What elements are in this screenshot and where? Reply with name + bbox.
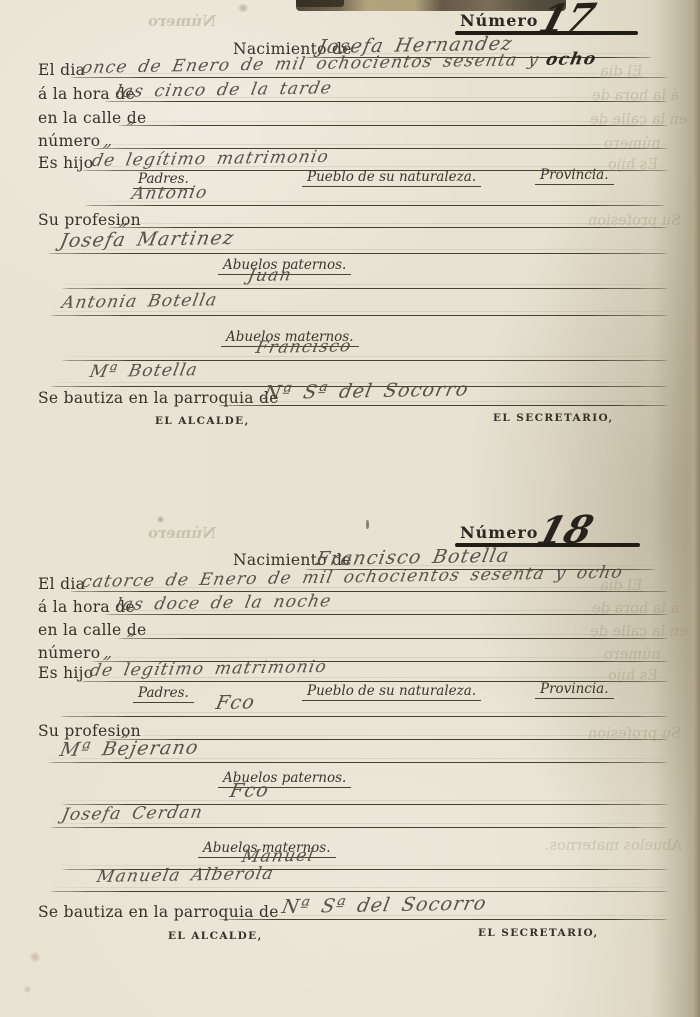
rule-line [105,101,668,102]
numero-calle-label: número [38,132,100,150]
rule-line [50,827,668,828]
padres-header: Padres. [133,685,194,703]
provincia-header: Provincia. [535,681,614,699]
maternal-grandmother: Mª Botella [88,360,200,382]
mother-name: Josefa Martinez [58,227,236,252]
rule-line [118,638,668,639]
rule-line [48,762,668,763]
alcalde-label: EL ALCALDE, [155,415,250,427]
secretario-label: EL SECRETARIO, [478,927,599,939]
rule-line [70,591,668,592]
paternal-grandmother: Antonia Botella [60,290,219,313]
birth-time: las cinco de la tarde [114,78,334,102]
father-name: Fco [214,691,257,714]
register-page: Número El dia á la hora de en la calle d… [0,0,700,1017]
dia-label: El dia [38,575,85,593]
stain [24,985,31,994]
rule-line [118,125,668,126]
rule-line [48,253,668,254]
tape-residue-dark-patch [296,0,344,7]
ghost-text: Número [147,12,217,30]
stain [30,950,40,964]
rule-line [50,891,668,892]
secretario-label: EL SECRETARIO, [493,412,614,424]
dia-label: El dia [38,61,85,79]
parish-name: Nª Sª del Socorro [262,378,471,404]
paternal-grandmother: Josefa Cerdan [60,803,205,825]
rule-line [62,288,668,289]
legitimacy: de legítimo matrimonio [88,657,329,681]
pueblo-header: Pueblo de su naturaleza. [302,169,481,187]
provincia-header: Provincia. [535,167,614,185]
birth-time: las doce de la noche [114,591,334,615]
father-name: Antonio [130,183,209,204]
maternal-grandmother: Manuela Alberola [95,864,276,887]
numero-calle-label: número [38,644,100,662]
rule-line [218,405,668,406]
es-hijo-label: Es hijo [38,664,93,682]
paternal-grandfather: Juan [246,265,294,286]
ghost-text: número [603,136,661,152]
legitimacy: de legítimo matrimonio [90,147,331,171]
mother-name: Mª Bejerano [58,737,201,761]
stain [156,516,165,523]
paternal-grandfather: Fco [228,779,271,802]
stain [366,520,369,529]
rule-line [50,315,668,316]
pueblo-header: Pueblo de su naturaleza. [302,683,481,701]
rule-line [105,614,668,615]
birth-date: catorce de Enero de mil ochocientos sese… [80,562,632,592]
maternal-grandfather: Francisco [254,336,353,358]
numero-label: Número [460,11,538,30]
rule-line [60,716,668,717]
es-hijo-label: Es hijo [38,154,93,172]
numero-value: 17 [534,0,601,41]
rule-line [70,77,668,78]
ghost-text: Abuelos maternos. [544,838,683,854]
stain [236,4,250,12]
numero-label: Número [460,523,538,542]
ghost-text: Número [147,524,217,542]
birth-date: once de Enero de mil ochocientos sesenta… [80,49,598,78]
alcalde-label: EL ALCALDE, [168,930,263,942]
page-binding-edge [686,0,700,1017]
rule-line [218,919,668,920]
rule-line [85,205,665,206]
parish-name: Nª Sª del Socorro [280,892,489,918]
